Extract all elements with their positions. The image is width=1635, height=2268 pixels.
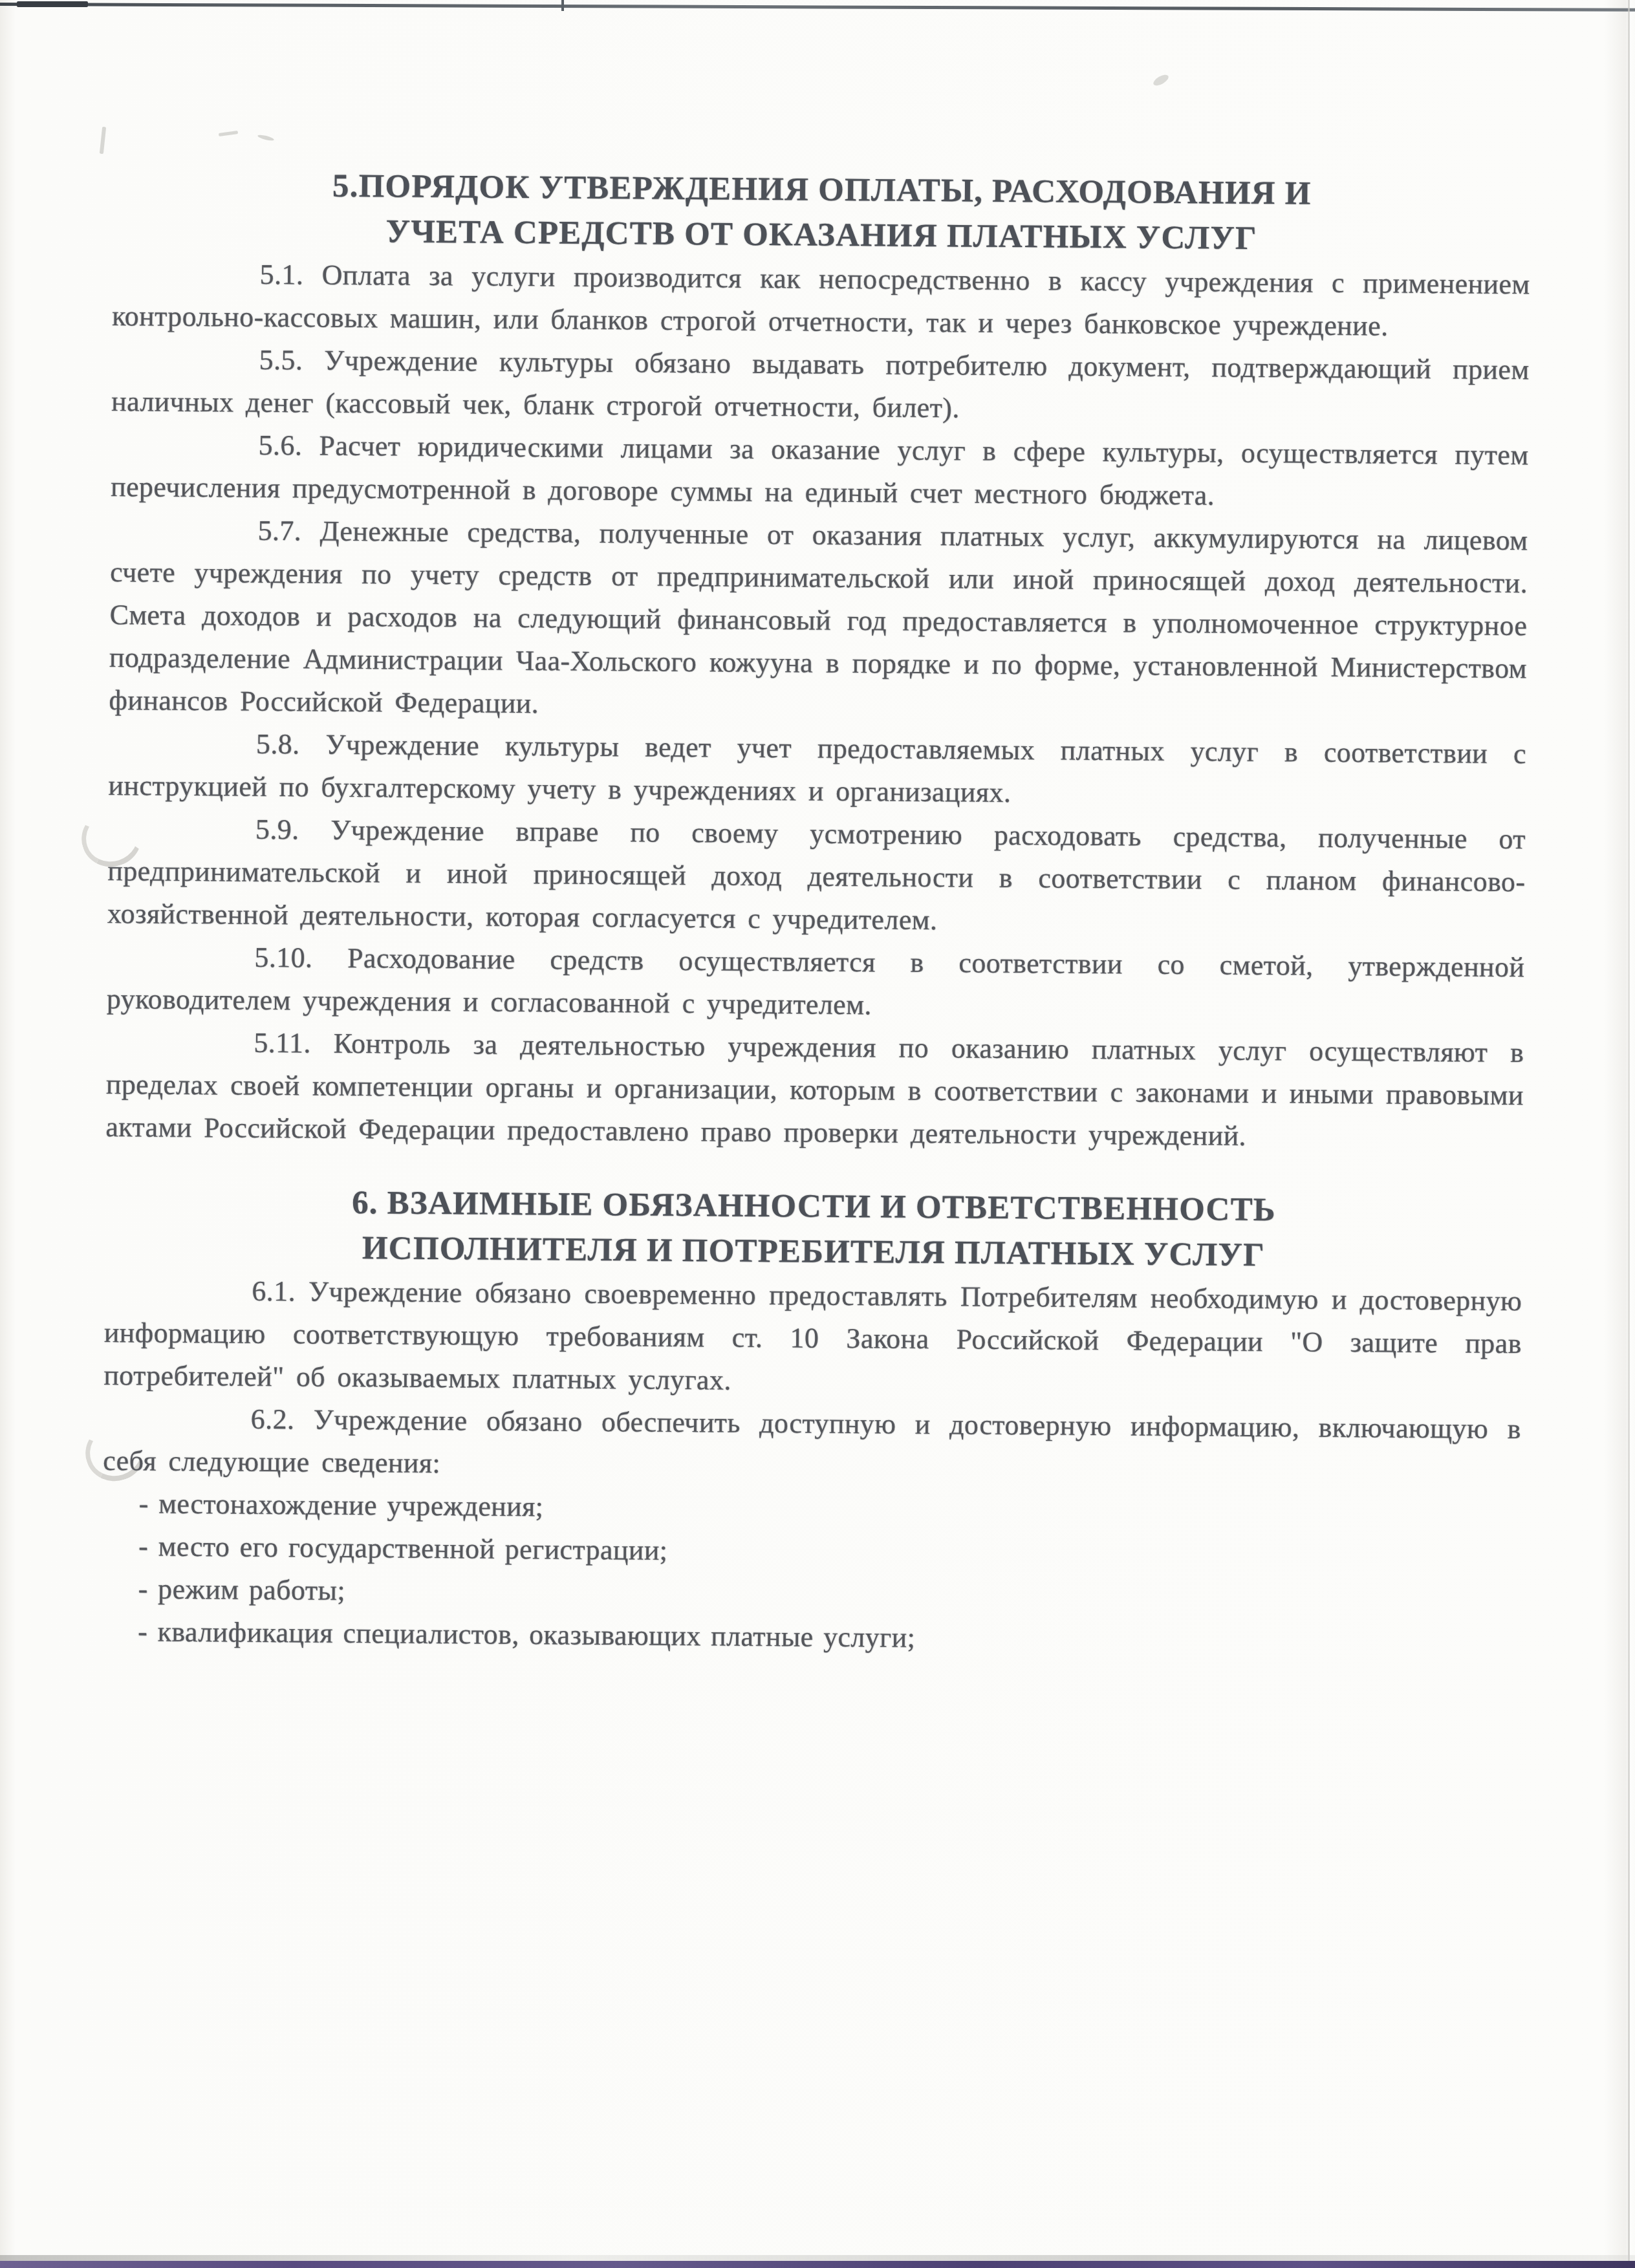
paragraph-5-9: 5.9. Учреждение вправе по своему усмотре…	[107, 807, 1526, 946]
paper-right-edge-shadow	[1628, 0, 1630, 2268]
scan-top-edge-line	[0, 3, 1635, 12]
pencil-mark	[219, 131, 238, 136]
paragraph-6-2: 6.2. Учреждение обязано обеспечить досту…	[103, 1397, 1521, 1493]
paragraph-5-5: 5.5. Учреждение культуры обязано выдават…	[111, 338, 1530, 434]
section-5-heading: 5.ПОРЯДОК УТВЕРЖДЕНИЯ ОПЛАТЫ, РАСХОДОВАН…	[275, 163, 1369, 262]
pencil-mark	[257, 134, 275, 142]
scan-top-tick-mark	[561, 0, 564, 11]
paragraph-5-11: 5.11. Контроль за деятельностью учрежден…	[105, 1021, 1524, 1160]
section-6-heading: 6. ВЗАИМНЫЕ ОБЯЗАННОСТИ И ОТВЕТСТВЕННОСТ…	[296, 1180, 1332, 1279]
scan-bottom-gray-band	[0, 2255, 1635, 2261]
paragraph-5-7: 5.7. Денежные средства, полученные от ок…	[109, 508, 1528, 733]
scanned-page: 5.ПОРЯДОК УТВЕРЖДЕНИЯ ОПЛАТЫ, РАСХОДОВАН…	[0, 0, 1635, 2268]
scan-smudge	[1152, 72, 1171, 87]
scan-bottom-edge-line	[0, 2261, 1635, 2268]
pencil-mark	[100, 127, 106, 154]
paragraph-5-10: 5.10. Расходование средств осуществляетс…	[107, 935, 1525, 1031]
scan-top-edge-cap	[17, 1, 88, 7]
paragraph-5-8: 5.8. Учреждение культуры ведет учет пред…	[108, 722, 1526, 818]
document-text-block: 5.ПОРЯДОК УТВЕРЖДЕНИЯ ОПЛАТЫ, РАСХОДОВАН…	[102, 162, 1531, 1664]
paragraph-5-1: 5.1. Оплата за услуги производится как н…	[112, 252, 1530, 349]
paragraph-5-6: 5.6. Расчет юридическими лицами за оказа…	[111, 423, 1529, 519]
paragraph-6-1: 6.1. Учреждение обязано своевременно пре…	[103, 1269, 1522, 1408]
